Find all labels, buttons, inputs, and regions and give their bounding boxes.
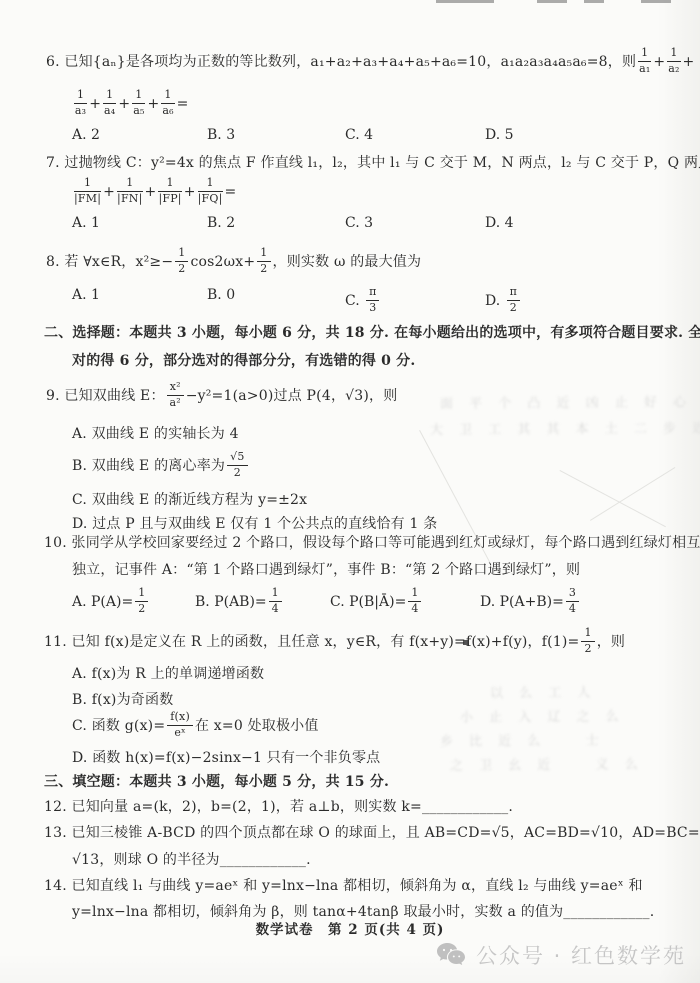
- question-11-option-b: B. f(x)为奇函数: [72, 690, 173, 710]
- scan-edge-mark: [584, 0, 604, 3]
- bleed-text: 面 平 个 凸 近 凶 止 好 心 土: [440, 391, 700, 412]
- bleed-text: 大 卫 工 其 其 本 土 二 步 近 山: [430, 417, 700, 438]
- watermark-text: 公众号 · 红色数学苑: [476, 940, 686, 970]
- question-9-option-b: B. 双曲线 E 的离心率为√52: [72, 452, 250, 480]
- option-b: B. 0: [207, 287, 345, 315]
- option-d: D. 4: [485, 215, 632, 231]
- section-3-header: 三、填空题：本题共 3 小题，每小题 5 分，共 15 分.: [44, 772, 389, 792]
- watermark: 公众号 · 红色数学苑: [436, 940, 686, 970]
- question-9-option-a: A. 双曲线 E 的实轴长为 4: [72, 424, 239, 444]
- option-c: C. P(B|Ā)=14: [330, 588, 480, 616]
- question-11-option-a: A. f(x)为 R 上的单调递增函数: [72, 664, 264, 684]
- option-a: A. 1: [72, 215, 207, 231]
- option-d: D. π2: [485, 287, 632, 315]
- paper-crease: [560, 470, 666, 527]
- option-d: D. 5: [485, 127, 632, 143]
- option-b: B. 3: [207, 127, 345, 143]
- question-12-line-1: 12. 已知向量 a=(k，2)，b=(2，1)，若 a⊥b，则实数 k=___…: [44, 797, 513, 817]
- scan-edge-mark: [537, 0, 567, 3]
- bleed-text: 小 止 入 辽 之 么: [460, 705, 625, 725]
- question-11-option-c: C. 函数 g(x)=f(x)eˣ在 x=0 处取极小值: [72, 712, 319, 740]
- option-d: D. P(A+B)=34: [480, 588, 632, 616]
- question-6-line-1: 6. 已知{aₙ}是各项均为正数的等比数列，a₁+a₂+a₃+a₄+a₅+a₆=…: [46, 48, 694, 76]
- question-10-options: A. P(A)=12 B. P(AB)=14 C. P(B|Ā)=14 D. P…: [72, 588, 632, 616]
- bleed-text: 以 么 工 人: [490, 682, 597, 702]
- question-8-options: A. 1 B. 0 C. π3 D. π2: [72, 287, 632, 315]
- question-9-option-d: D. 过点 P 且与双曲线 E 仅有 1 个公共点的直线恰有 1 条: [72, 514, 437, 534]
- section-2-header-line-2: 对的得 6 分，部分选对的得部分分，有选错的得 0 分.: [72, 351, 415, 371]
- question-10-line-2: 独立，记事件 A：“第 1 个路口遇到绿灯”，事件 B：“第 2 个路口遇到绿灯…: [72, 560, 580, 580]
- bleed-text: 乡 比 近 么 士: [440, 729, 605, 749]
- bleed-text: 之 卫 幺 近 义 么: [450, 753, 644, 773]
- question-7-options: A. 1 B. 2 C. 3 D. 4: [72, 215, 632, 231]
- question-11-line-1: 11. 已知 f(x)是定义在 R 上的函数，且任意 x，y∈R，有 f(x+y…: [44, 628, 625, 656]
- question-8-line-1: 8. 若 ∀x∈R，x²≥−12cos2ωx+12，则实数 ω 的最大值为: [46, 248, 421, 276]
- option-c: C. 4: [345, 127, 485, 143]
- exam-page: 面 平 个 凸 近 凶 止 好 心 土 大 卫 工 其 其 本 土 二 步 近 …: [0, 0, 700, 983]
- question-6-options: A. 2 B. 3 C. 4 D. 5: [72, 127, 632, 143]
- option-c: C. π3: [345, 287, 485, 315]
- question-14-line-1: 14. 已知直线 l₁ 与曲线 y=aeˣ 和 y=lnx−lna 都相切，倾斜…: [44, 876, 643, 896]
- question-7-line-1: 7. 过抛物线 C：y²=4x 的焦点 F 作直线 l₁，l₂，其中 l₁ 与 …: [46, 153, 700, 173]
- question-11-option-d: D. 函数 h(x)=f(x)−2sinx−1 只有一个非负零点: [72, 748, 380, 768]
- option-b: B. P(AB)=14: [195, 588, 330, 616]
- scan-edge-mark: [436, 0, 494, 3]
- question-6-line-2: 1a₃+1a₄+1a₅+1a₆=: [72, 90, 189, 118]
- scan-edge-mark: [641, 0, 671, 3]
- option-c: C. 3: [345, 215, 485, 231]
- question-7-line-2: 1|FM|+1|FN|+1|FP|+1|FQ|=: [72, 178, 236, 206]
- option-a: A. P(A)=12: [72, 588, 195, 616]
- question-9-option-c: C. 双曲线 E 的渐近线方程为 y=±2x: [72, 490, 307, 510]
- question-13-line-2: √13，则球 O 的半径为____________.: [72, 850, 311, 870]
- section-2-header-line-1: 二、选择题：本题共 3 小题，每小题 6 分，共 18 分. 在每小题给出的选项…: [44, 323, 700, 343]
- question-9-line-1: 9. 已知双曲线 E：x²a²−y²=1(a>0)过点 P(4，√3)，则: [46, 382, 397, 410]
- option-a: A. 1: [72, 287, 207, 315]
- option-b: B. 2: [207, 215, 345, 231]
- question-10-line-1: 10. 张同学从学校回家要经过 2 个路口，假设每个路口等可能遇到红灯或绿灯，每…: [44, 533, 700, 553]
- option-a: A. 2: [72, 127, 207, 143]
- wechat-icon: [436, 942, 466, 968]
- page-footer: 数学试卷 第 2 页(共 4 页): [0, 918, 700, 938]
- question-13-line-1: 13. 已知三棱锥 A-BCD 的四个顶点都在球 O 的球面上，且 AB=CD=…: [44, 823, 700, 843]
